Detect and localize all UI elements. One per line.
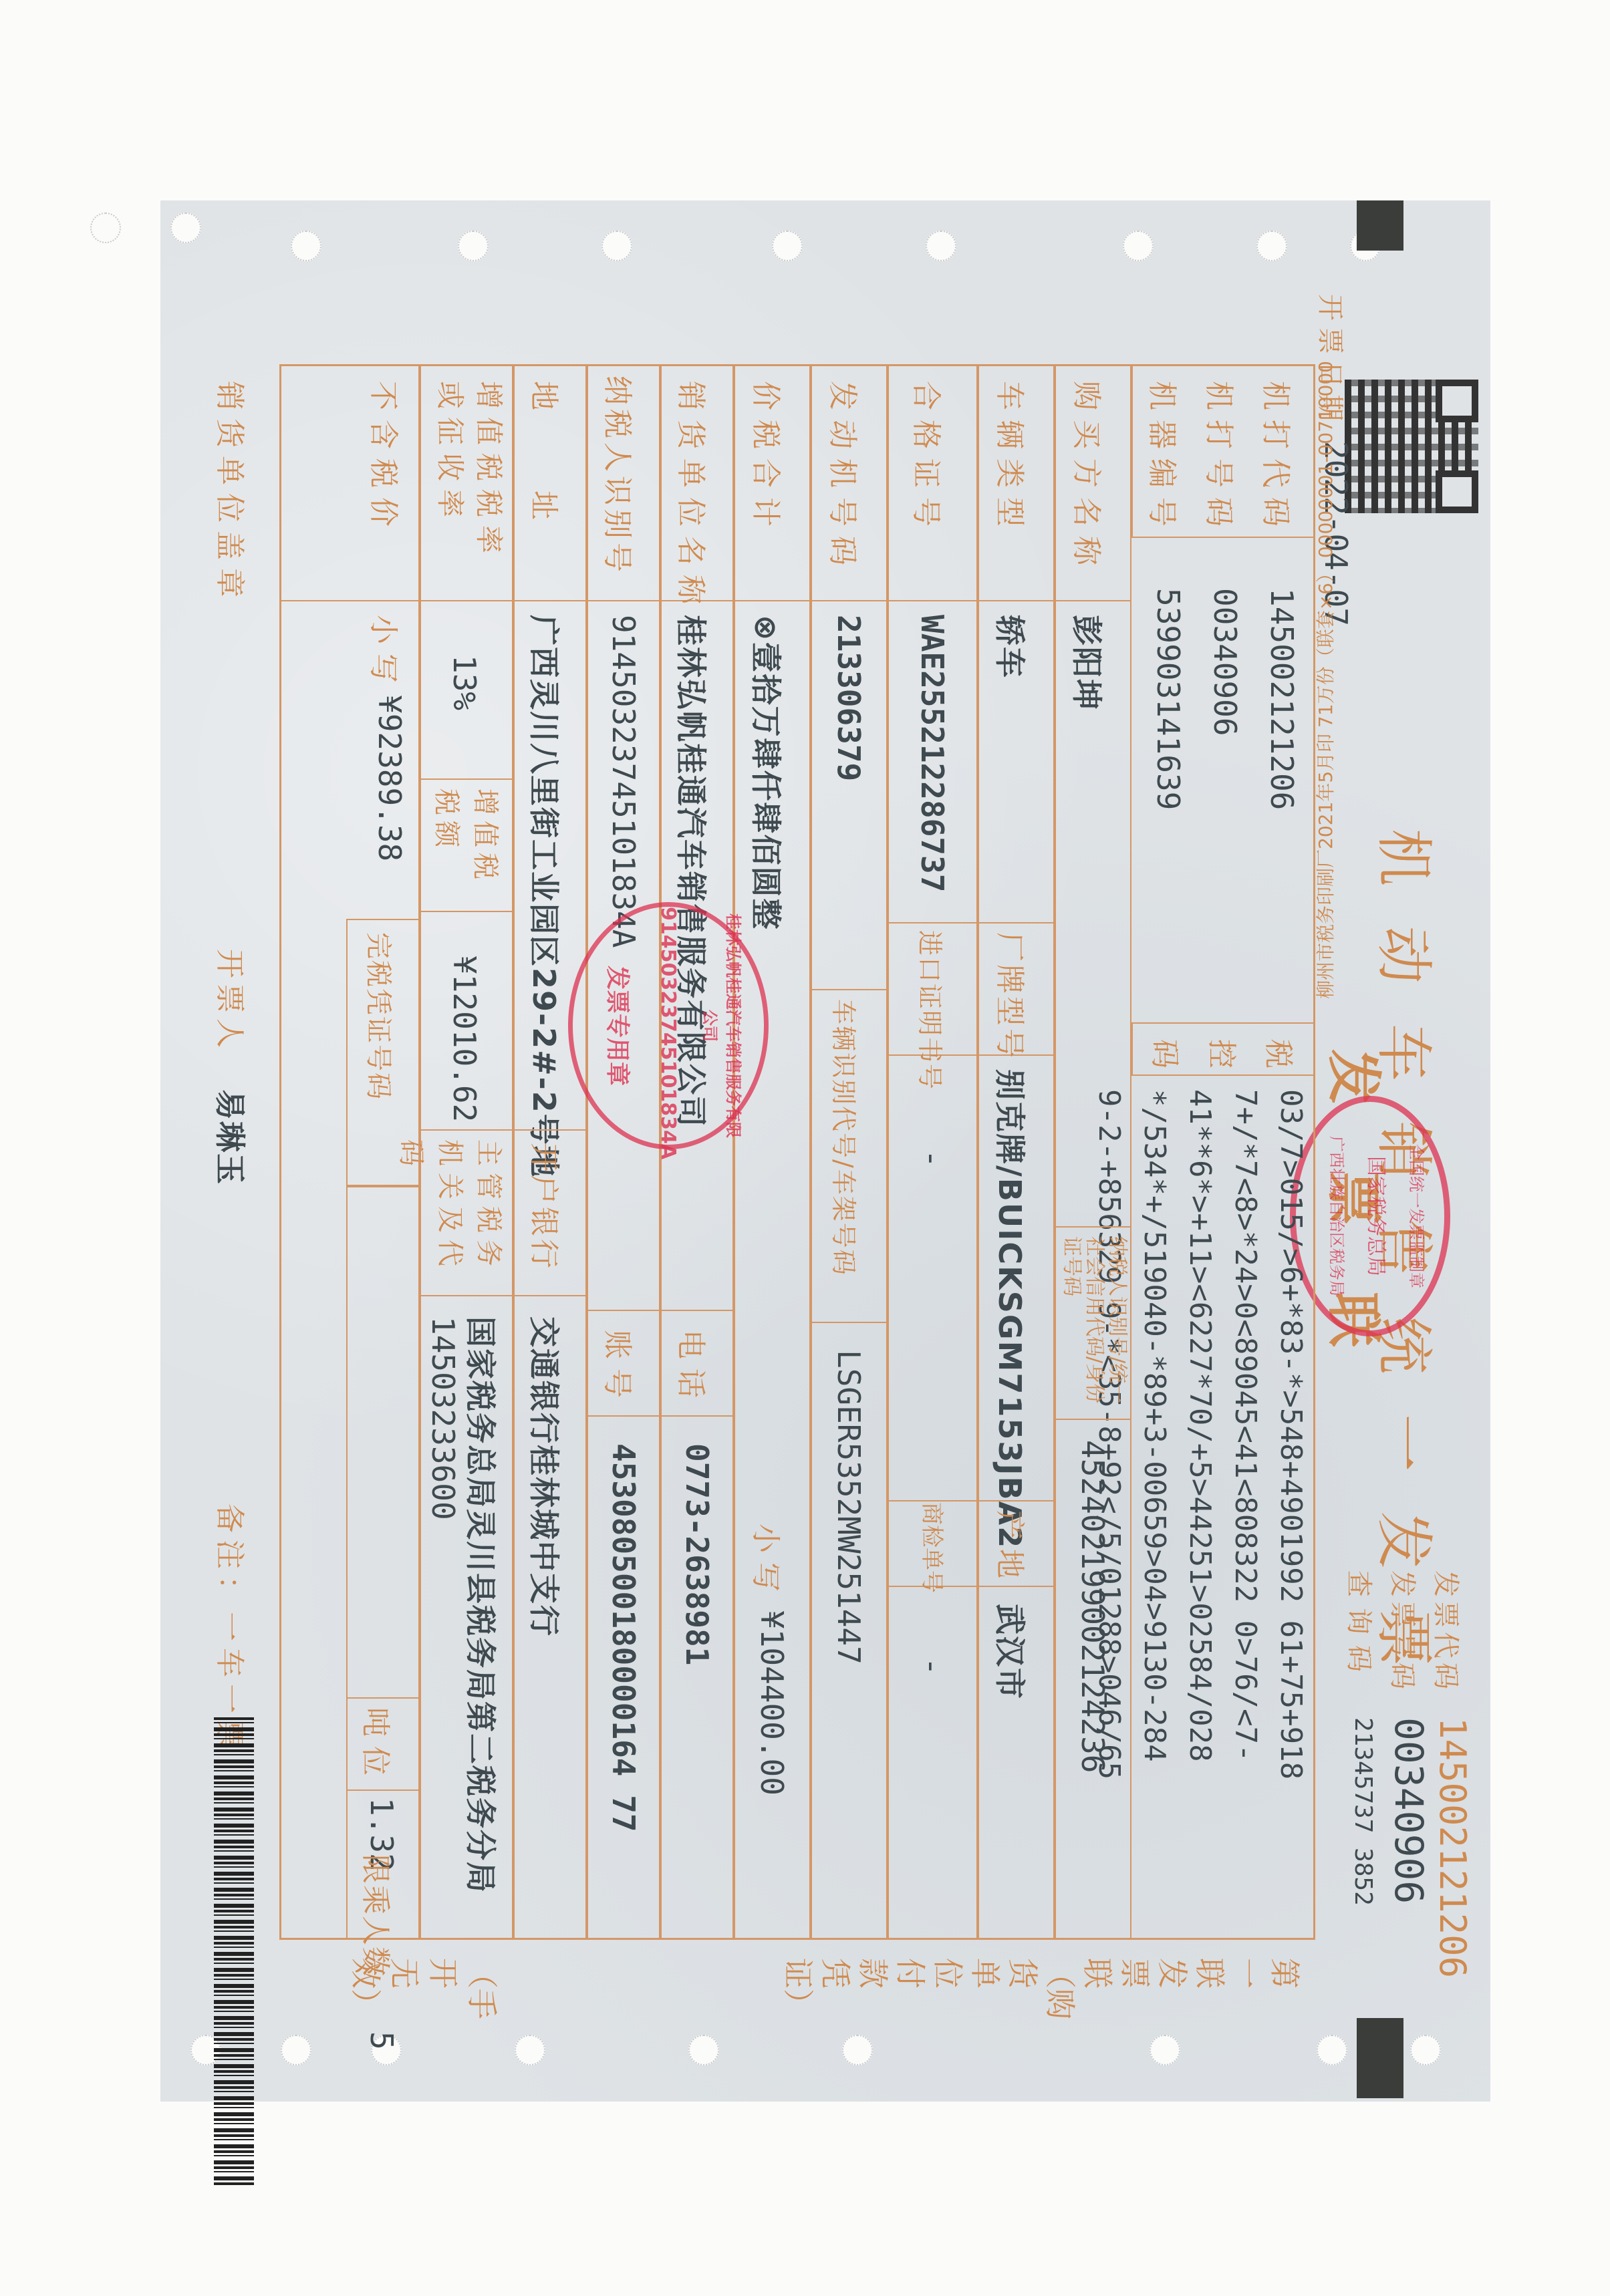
buyer-name-label: 购买方名称 [1068, 381, 1111, 575]
issuer-label: 开票人 [211, 949, 254, 1053]
vat-rate: 13% [446, 655, 483, 710]
seller-name-label: 销货单位名称 [672, 381, 715, 613]
manual-invalid-note: （手开无效） [346, 1958, 501, 1998]
phone-label: 电话 [672, 1330, 715, 1407]
seller-address: 广西灵川八里街工业园区29-2#-2号地 [524, 615, 568, 1178]
invoice-number: 00340906 [1386, 1717, 1432, 1904]
seller-seal-label: 销货单位盖章 [211, 381, 254, 605]
invoice-code: 145002121206 [1432, 1717, 1474, 1978]
seller-invoice-seal: 桂林弘帆桂通汽车销售服务有限公司 91450323745101834A 发票专用… [568, 902, 769, 1149]
brand-label: 厂牌型号 [991, 932, 1034, 1060]
total-in-words: ⊗壹拾万肆仟肆佰圆整 [746, 615, 790, 931]
invoice-code-label: 发票代码 [1429, 1570, 1467, 1693]
seller-tax-id-label: 纳税人识别号 [599, 376, 642, 576]
seller-tax-id: 91450323745101834A [606, 615, 642, 948]
qr-code [1345, 380, 1478, 513]
inspection-label: 商检单号 [918, 1502, 950, 1593]
vehicle-type-label: 车辆类型 [991, 381, 1034, 536]
buyer-name: 彭阳坤 [1067, 615, 1111, 711]
issuer-name: 易琳玉 [210, 1089, 254, 1185]
origin: 武汉市 [990, 1604, 1034, 1700]
seller-account: 453080500180000164 77 [606, 1443, 642, 1832]
machine-number: 00340906 [1207, 588, 1243, 736]
machine-code: 145002121206 [1264, 588, 1300, 810]
vin: LSGER5352MW251447 [831, 1350, 867, 1665]
buyer-id-label: 纳税人识别号/统一社会信用代码/身份证号码 [1060, 1236, 1128, 1417]
address-label: 地址 [525, 381, 568, 600]
vat-amount-label: 增值税税额 [427, 788, 505, 909]
seller-bank: 交通银行桂林城中支行 [524, 1316, 568, 1637]
engine-number: 213306379 [831, 615, 867, 781]
tax-control-label: 税控码 [1136, 1039, 1307, 1066]
vat-amount: ¥12010.62 [446, 956, 483, 1122]
account-label: 账号 [599, 1330, 642, 1407]
engine-label: 发动机号码 [824, 381, 867, 575]
net-small-label: 小写 [365, 615, 408, 692]
machine-code-label: 机打代码 [1257, 381, 1300, 536]
net-price-label: 不含税价 [365, 381, 408, 536]
seats: 5 [364, 2031, 400, 2050]
machine-number-label: 机打号码 [1200, 381, 1243, 536]
inspection-number: - [914, 1657, 950, 1676]
query-code-label: 查询码 [1342, 1570, 1380, 1683]
import-cert: - [914, 1149, 950, 1168]
import-cert-label: 进口证明书号 [914, 930, 950, 1091]
vin-label: 车辆识别代号/车架号码 [827, 999, 864, 1276]
cert-label: 合格证号 [908, 381, 950, 536]
query-code: 21345737 3852 [1349, 1717, 1377, 1906]
total-small-label: 小写 [747, 1524, 790, 1601]
net-price: ¥92389.38 [372, 695, 408, 861]
origin-label: 产地 [991, 1510, 1034, 1588]
vat-rate-label: 增值税税率或征收率 [430, 381, 508, 595]
seller-phone: 0773-2638981 [679, 1443, 715, 1665]
invoice: 机动车销售统一发票 发票联 发票代码 145002121206 发票号码 003… [160, 200, 1490, 2102]
bank-label: 开户银行 [525, 1143, 568, 1271]
tax-authority: 国家税务总局灵川县税务局第二税务分局 [460, 1316, 505, 1894]
vehicle-type: 轿车 [990, 615, 1034, 679]
cert-number: WAE255212286737 [914, 615, 950, 892]
printer-note: 柳州市税务印刷厂2021年5月印 71万份（联套×6） 00000001-007… [1311, 361, 1338, 999]
brand-model: 别克牌/BUICKSGM7153JBA2 [990, 1069, 1034, 1549]
machine-device: 539903141639 [1150, 588, 1186, 810]
copy-side-note: 第一联 发票联（购货单位付款凭证） [779, 1958, 1303, 1998]
total-label: 价税合计 [747, 381, 790, 536]
tax-authority-code: 14503233600 [425, 1316, 461, 1520]
machine-device-label: 机器编号 [1144, 381, 1186, 536]
buyer-id: 452402199002124236 [1075, 1440, 1111, 1773]
invoice-number-label: 发票号码 [1385, 1570, 1424, 1693]
tonnage-label: 吨位 [357, 1707, 400, 1785]
barcode [214, 1717, 254, 2185]
tax-certificate-label: 完税凭证号码 [362, 932, 400, 1101]
total-amount: ¥104400.00 [754, 1610, 790, 1796]
